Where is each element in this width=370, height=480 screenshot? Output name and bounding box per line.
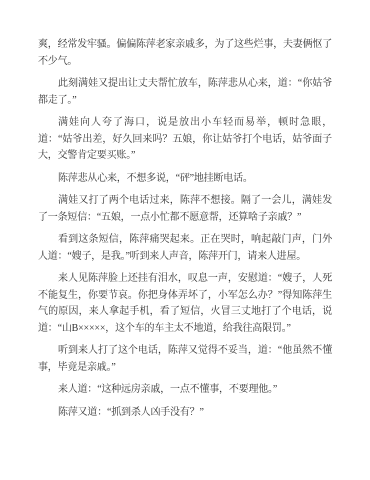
- ebook-page: 爽，经常发牢骚。偏偏陈萍老家亲戚多，为了这些烂事，夫妻俩怄了不少气。 此刻满娃又…: [0, 0, 370, 480]
- paragraph: 满娃又打了两个电话过来，陈萍不想接。隔了一会儿，满娃发了一条短信：“五娘，一点小…: [38, 193, 332, 226]
- paragraph: 陈萍又道：“抓到杀人凶手没有？”: [38, 405, 332, 422]
- paragraph: 爽，经常发牢骚。偏偏陈萍老家亲戚多，为了这些烂事，夫妻俩怄了不少气。: [38, 37, 332, 70]
- paragraph: 看到这条短信，陈萍痛哭起来。正在哭时，响起敲门声，门外人道：“嫂子，是我。”听到…: [38, 232, 332, 265]
- paragraph: 来人道：“这种远房亲戚，一点不懂事，不要理他。”: [38, 382, 332, 399]
- paragraph: 陈萍悲从心来，不想多说，“砰”地挂断电话。: [38, 171, 332, 188]
- paragraph: 听到来人打了这个电话，陈萍又觉得不妥当，道：“他虽然不懂事，毕竟是亲戚。”: [38, 343, 332, 376]
- paragraph: 满娃向人夸了海口，说是放出小车轻而易举，顿时急眼，道：“姑爷出差，好久回来吗？五…: [38, 115, 332, 165]
- page-text-body: 爽，经常发牢骚。偏偏陈萍老家亲戚多，为了这些烂事，夫妻俩怄了不少气。 此刻满娃又…: [38, 37, 332, 421]
- paragraph: 来人见陈萍脸上还挂有泪水，叹息一声，安慰道：“嫂子，人死不能复生，你要节哀。你把…: [38, 271, 332, 337]
- paragraph: 此刻满娃又提出让丈夫帮忙放车，陈萍悲从心来，道：“你姑爷都走了。”: [38, 76, 332, 109]
